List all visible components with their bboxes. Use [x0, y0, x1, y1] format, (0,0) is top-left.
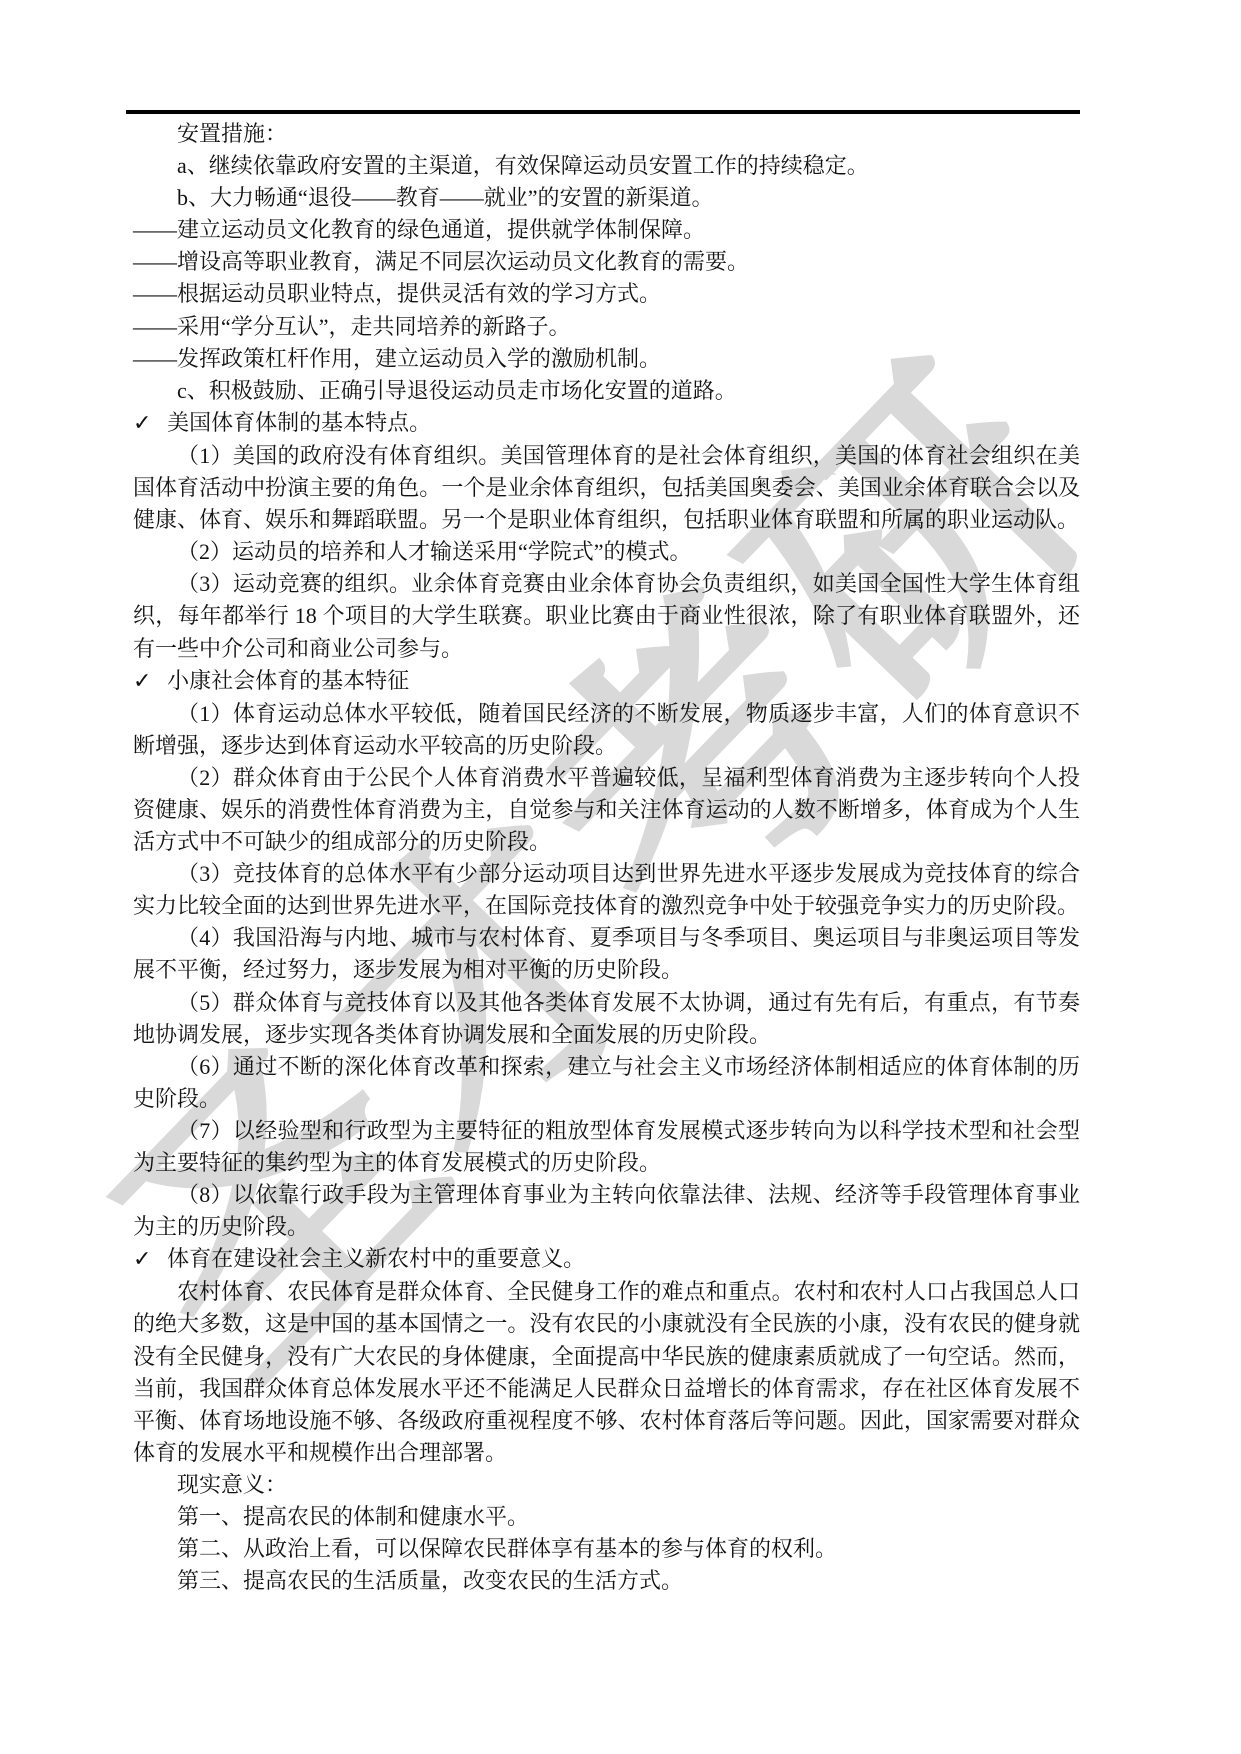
paragraph: b、大力畅通“退役——教育——就业”的安置的新渠道。 [133, 182, 1080, 214]
paragraph: （7）以经验型和行政型为主要特征的粗放型体育发展模式逐步转向为以科学技术型和社会… [133, 1115, 1080, 1179]
paragraph: （2）群众体育由于公民个人体育消费水平普遍较低，呈福利型体育消费为主逐步转向个人… [133, 762, 1080, 858]
paragraph: 现实意义： [133, 1469, 1080, 1501]
check-icon: ✓ [133, 408, 167, 440]
paragraph: c、积极鼓励、正确引导退役运动员走市场化安置的道路。 [133, 375, 1080, 407]
paragraph: （3）运动竞赛的组织。业余体育竞赛由业余体育协会负责组织，如美国全国性大学生体育… [133, 568, 1080, 664]
header-rule [126, 110, 1080, 114]
paragraph: a、继续依靠政府安置的主渠道，有效保障运动员安置工作的持续稳定。 [133, 150, 1080, 182]
paragraph: 第二、从政治上看，可以保障农民群体享有基本的参与体育的权利。 [133, 1533, 1080, 1565]
check-item-label: 体育在建设社会主义新农村中的重要意义。 [167, 1246, 585, 1271]
paragraph: 第一、提高农民的体制和健康水平。 [133, 1501, 1080, 1533]
paragraph: ——增设高等职业教育，满足不同层次运动员文化教育的需要。 [133, 246, 1080, 278]
paragraph: （4）我国沿海与内地、城市与农村体育、夏季项目与冬季项目、奥运项目与非奥运项目等… [133, 922, 1080, 986]
paragraph: （6）通过不断的深化体育改革和探索，建立与社会主义市场经济体制相适应的体育体制的… [133, 1051, 1080, 1115]
paragraph: 安置措施： [133, 118, 1080, 150]
paragraph: （1）体育运动总体水平较低，随着国民经济的不断发展，物质逐步丰富，人们的体育意识… [133, 698, 1080, 762]
paragraph: ——发挥政策杠杆作用，建立运动员入学的激励机制。 [133, 343, 1080, 375]
paragraph: 第三、提高农民的生活质量，改变农民的生活方式。 [133, 1565, 1080, 1597]
paragraph: ——采用“学分互认”，走共同培养的新路子。 [133, 311, 1080, 343]
check-icon: ✓ [133, 666, 167, 698]
check-item: ✓体育在建设社会主义新农村中的重要意义。 [133, 1243, 1080, 1276]
paragraph: ——根据运动员职业特点，提供灵活有效的学习方式。 [133, 278, 1080, 310]
paragraph: （5）群众体育与竞技体育以及其他各类体育发展不太协调，通过有先有后，有重点，有节… [133, 987, 1080, 1051]
check-item: ✓美国体育体制的基本特点。 [133, 407, 1080, 440]
check-item-label: 小康社会体育的基本特征 [167, 668, 409, 693]
paragraph: （1）美国的政府没有体育组织。美国管理体育的是社会体育组织，美国的体育社会组织在… [133, 440, 1080, 536]
paragraph: ——建立运动员文化教育的绿色通道，提供就学体制保障。 [133, 214, 1080, 246]
check-item-label: 美国体育体制的基本特点。 [167, 410, 431, 435]
check-icon: ✓ [133, 1244, 167, 1276]
paragraph: （8）以依靠行政手段为主管理体育事业为主转向依靠法律、法规、经济等手段管理体育事… [133, 1179, 1080, 1243]
paragraph: （3）竞技体育的总体水平有少部分运动项目达到世界先进水平逐步发展成为竞技体育的综… [133, 858, 1080, 922]
paragraph: （2）运动员的培养和人才输送采用“学院式”的模式。 [133, 536, 1080, 568]
document-body: 安置措施：a、继续依靠政府安置的主渠道，有效保障运动员安置工作的持续稳定。b、大… [133, 118, 1080, 1597]
check-item: ✓小康社会体育的基本特征 [133, 665, 1080, 698]
paragraph: 农村体育、农民体育是群众体育、全民健身工作的难点和重点。农村和农村人口占我国总人… [133, 1276, 1080, 1469]
